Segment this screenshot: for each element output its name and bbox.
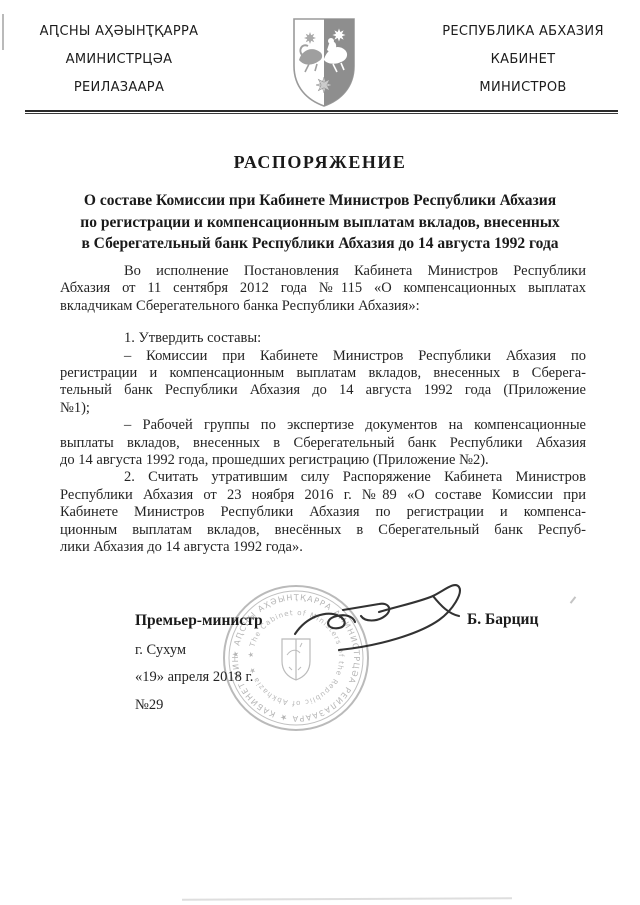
letterhead-line: АԤСНЫ АҲӘЫНҬҚАРРА: [16, 18, 222, 46]
letterhead-line: МИНИСТРОВ: [426, 74, 620, 102]
body-line: Кабинете Министров Республики Абхазия по…: [60, 504, 586, 521]
letterhead-right-russian: РЕСПУБЛИКА АБХАЗИЯ КАБИНЕТ МИНИСТРОВ: [426, 18, 620, 102]
body-paragraph: – Комиссии при Кабинете Министров Респуб…: [60, 348, 586, 418]
letterhead-line: РЕСПУБЛИКА АБХАЗИЯ: [426, 18, 620, 46]
body-line: ционным выплатам вкладов, внесённых в Сб…: [60, 522, 586, 539]
document-body: Во исполнение Постановления Кабинета Мин…: [60, 263, 586, 557]
body-line: 1. Утвердить составы:: [60, 330, 586, 347]
document-number: №29: [135, 697, 163, 714]
body-line: 2. Считать утратившим силу Распоряжение …: [60, 469, 586, 486]
body-line: – Рабочей группы по экспертизе документо…: [60, 417, 586, 434]
subject-line: в Сберегательный банк Республики Абхазия…: [40, 233, 600, 255]
body-line: вкладчикам Сберегательного банка Республ…: [60, 298, 586, 315]
signature-date: «19» апреля 2018 г.: [135, 669, 253, 686]
body-line: лики Абхазия до 14 августа 1992 года».: [60, 539, 586, 556]
scanned-document-page: АԤСНЫ АҲӘЫНҬҚАРРА АМИНИСТРЦӘА РЕИЛАЗААРА…: [0, 0, 640, 905]
scan-artifact-bottom-smudge: [182, 897, 512, 900]
body-paragraph: 1. Утвердить составы:: [60, 330, 586, 347]
body-line: регистрации и компенсационным выплатам в…: [60, 365, 586, 382]
body-line: Республики Абхазия от 23 ноября 2016 г. …: [60, 487, 586, 504]
subject-line: по регистрации и компенсационным выплата…: [40, 212, 600, 234]
signatory-name: Б. Барциц: [467, 611, 538, 629]
letterhead-line: АМИНИСТРЦӘА: [16, 46, 222, 74]
letterhead-left-abkhaz: АԤСНЫ АҲӘЫНҬҚАРРА АМИНИСТРЦӘА РЕИЛАЗААРА: [16, 18, 222, 102]
body-line: Абхазия от 11 сентября 2012 года №115 «О…: [60, 280, 586, 297]
letterhead-line: КАБИНЕТ: [426, 46, 620, 74]
coat-of-arms-icon: [289, 14, 359, 110]
body-line: выплаты вкладов, внесенных в Сберегатель…: [60, 435, 586, 452]
signature-place: г. Сухум: [135, 642, 186, 659]
body-line: до 14 августа 1992 года, прошедших регис…: [60, 452, 586, 469]
body-line: – Комиссии при Кабинете Министров Респуб…: [60, 348, 586, 365]
signatory-post: Премьер-министр: [135, 612, 263, 630]
body-line: тельный банк Республики Абхазия до 14 ав…: [60, 382, 586, 399]
body-paragraph: – Рабочей группы по экспертизе документо…: [60, 417, 586, 469]
body-line: №1);: [60, 400, 586, 417]
document-title: РАСПОРЯЖЕНИЕ: [0, 152, 640, 173]
body-paragraph: Во исполнение Постановления Кабинета Мин…: [60, 263, 586, 315]
letterhead-line: РЕИЛАЗААРА: [16, 74, 222, 102]
subject-line: О составе Комиссии при Кабинете Министро…: [40, 190, 600, 212]
scan-artifact-tick: [570, 596, 577, 604]
body-paragraph: 2. Считать утратившим силу Распоряжение …: [60, 469, 586, 556]
document-subject: О составе Комиссии при Кабинете Министро…: [40, 190, 600, 255]
scan-artifact-left-edge: [2, 14, 4, 50]
body-line: Во исполнение Постановления Кабинета Мин…: [60, 263, 586, 280]
letterhead-divider: [25, 110, 618, 114]
